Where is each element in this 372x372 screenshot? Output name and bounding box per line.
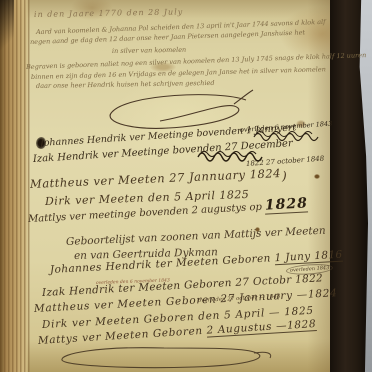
register-entry-mattheus-mark: ) [282, 169, 287, 183]
paragraph1-line3: in silver van koomelen [112, 46, 186, 55]
paper-stain [314, 174, 320, 179]
corner-shadow [0, 0, 14, 60]
book-page-photo: en den daar in haar Jannuarij den J in d… [0, 0, 372, 372]
register-entry-mattlys-year: 1828 [265, 195, 309, 214]
scribble-correction [196, 148, 270, 161]
pen-flourish-oval [52, 344, 274, 370]
